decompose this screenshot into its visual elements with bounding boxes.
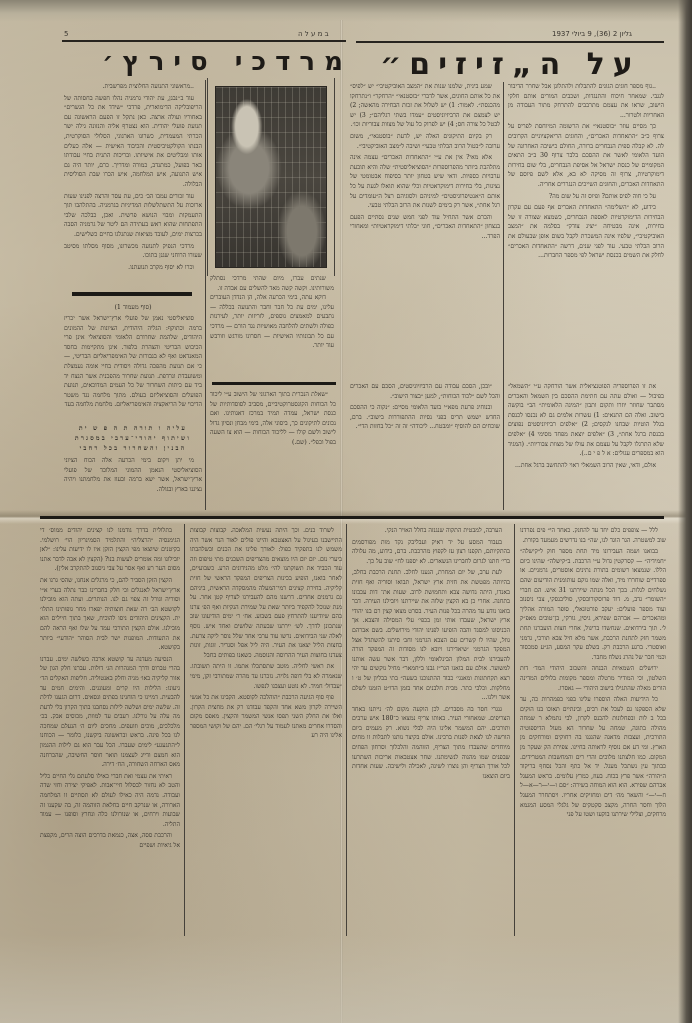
zizim-column-left: שמע בינית, שלמנו שנות את ״המצב האוביקטיב…: [350, 82, 500, 378]
obituary-paragraph: וכרו לא יסוף מקרב תנועתנו.: [64, 263, 202, 273]
torn-top-edge: [0, 0, 692, 22]
story-column-1: ללל — צופפים כלם יחד עד להחנק. כאחד הי״ …: [520, 526, 666, 934]
story-paragraph: הערבה, למבטית התקוה שנגנזה בחלל האויר הנ…: [352, 526, 510, 536]
page-edge-shadow: [678, 0, 692, 1023]
continued-slogans: עליה ו תורה ת ה פ ש ית ושיתוף יהודי־ערבי…: [64, 424, 202, 454]
story-paragraph: פוף סוף הגיעה הרכבת ״הוהלכה לקוסטא. הקבי…: [190, 693, 342, 741]
column-divider: [514, 524, 515, 936]
blank-bottom-margin: [0, 935, 692, 1023]
story-paragraph: בעבור המסע על יד ראיק ועבליבק נקד מות מפ…: [352, 538, 510, 567]
left-running-head: ב מ ע ל ה: [298, 30, 329, 38]
story-paragraph: הקצין הזקן הסביר להם, כי מרגלים אנחנו, ש…: [40, 576, 180, 653]
zizim-paragraph: אלא מאי? אין את ע״י ״התאחדות האכרים״ עצמ…: [350, 153, 500, 211]
story-paragraph: לשרוד כנים. וכך היתה נעשית המלאכה. קבוצו…: [190, 526, 342, 660]
continued-closing-paragraph: מי יתן ויקום בימי הכרעה אלה הכוח הציוני …: [64, 456, 202, 494]
zizim-paragraph: אולם, ודאי, שאין הרוב השמאלי ראוי להתחשב…: [508, 461, 664, 471]
story-paragraph: ללל — צופפים כלם יחד עד להחנק. כאחד הי״ …: [520, 526, 666, 545]
caption-paragraph: שנתים עברו, מיום שהתי מרדכי נסתלק משורות…: [210, 274, 334, 293]
photo-caption: שנתים עברו, מיום שהתי מרדכי נסתלק משורות…: [210, 274, 334, 351]
zizim-paragraph: ״ובכן, הסכם עבודה עם הרביזיוניסטים, הסכם…: [350, 382, 500, 401]
obituary-paragraph: עוד זכורים עמבו הב׳ כים, עת עסר והרצה לפ…: [64, 192, 202, 240]
story-paragraph: בתלולית בדרך גודמנו לנו קצינים יהודים ממ…: [40, 526, 180, 574]
zizim-paragraph: רק בקיום התיקונים האלה יש, לדעת ״בוסטנאי…: [350, 132, 500, 151]
zizim-paragraph: ..גוף מספר חוגים הגונים להתבלות ולהתלונן…: [508, 82, 664, 120]
zizim-column-right-lower: את זו הפרוספריה הפוטנציאלית אשר הורחקה ע…: [508, 382, 664, 508]
zizim-paragraph: ״שאלת הנכרית בתוך הארגוני של הישוב ע״י ל…: [210, 390, 336, 448]
slogan-line: עליה ו תורה ת ה פ ש ית: [64, 424, 202, 434]
story-paragraph: לעת ערב, של יום המחרת, הגענו לחלב. תחנת …: [352, 568, 510, 702]
headline-zizim: על ה„זיזים״: [380, 47, 641, 82]
story-paragraph: גנגרי חסר בה מסברים. לכן הוקעה מקום לה׳ …: [352, 705, 510, 782]
zizim-column-right: ..גוף מספר חוגים הגונים להתבלות ולהתלונן…: [508, 82, 664, 378]
zizim-paragraph: שמע בינית, שלמנו שנות את ״המצב האוביקטיב…: [350, 82, 500, 130]
caption-end-rule: [212, 382, 336, 385]
section-divider-rule: [40, 516, 664, 519]
obituary-paragraph: עוד ב׳׳נבגן, עת יהודי גרמניה נהלו חפשה ב…: [64, 94, 202, 190]
zizim-paragraph: ובנוחיג פרעת מפא״י בועד הלאומי מסיים: ״נ…: [350, 403, 500, 432]
story-column-3: לשרוד כנים. וכך היתה נעשית המלאכה. קבוצו…: [190, 526, 342, 934]
continued-paragraph: סוציאליסטי נאמן של פועלי ארץ־ישראל אשר י…: [64, 314, 202, 410]
header-rule-right: [356, 41, 664, 43]
headline-obituary: מרדכי סירץ׳: [102, 47, 352, 77]
continued-closing: מי יתן ויקום בימי הכרעה אלה הכוח הציוני …: [64, 456, 202, 508]
zizim-column-left-lower: ״ובכן, הסכם עבודה עם הרביזיוניסטים, הסכם…: [350, 382, 500, 508]
continued-column: סוציאליסטי נאמן של פועלי ארץ־ישראל אשר י…: [64, 314, 202, 422]
left-page-number: 5: [64, 30, 68, 38]
column-divider: [205, 80, 206, 510]
caption-continuation-column: ״שאלת הנכרית בתוך הארגוני של הישוב ע״י ל…: [210, 390, 336, 508]
zizim-paragraph: והכרם אשר התחיל עוד לפני חמש שנים נסתיים…: [350, 213, 500, 242]
story-column-4: בתלולית בדרך גודמנו לנו קצינים יהודים ממ…: [40, 526, 180, 934]
slogan-line: הבנין והשחרור בכל רחבי ארץ־ישראל: [64, 444, 202, 454]
zizim-paragraph: כך מסיים עוזר ״בוסטנאי״ את הרשומה המיוחס…: [508, 122, 664, 189]
header-rule-left: [62, 40, 346, 42]
obituary-paragraph: ..מראשוני התנועה החלוצית מפרשבית.: [64, 82, 202, 92]
zizim-paragraph: על כי חוה לפיס אותם? ופיוס זה על שום מה?: [508, 192, 664, 202]
story-paragraph: בבואנו ושמה העבירונו מיד תחת מספר חוק ל״…: [520, 547, 666, 662]
column-divider: [346, 524, 347, 936]
story-paragraph: ירושלים השמאיות הבנחה והשכוב היהודי המד׳…: [520, 664, 666, 693]
story-paragraph: והרכבת ססה, אצה, כנמאת בדרכים הוצה הרים,…: [40, 831, 180, 850]
right-running-head: גליון 2 (36), 9 ביולי 1937: [552, 30, 632, 38]
caption-paragraph: דוקא עתה, בימי הכרעה אלה, הן הנדדן העובר…: [210, 293, 334, 351]
story-paragraph: ראיתי את עצמי ואת חברי כאילו סלעתם גלי ה…: [40, 772, 180, 830]
story-paragraph: הנסיעה מעדנה עד קושטא ארכה כשלשה ימים. ע…: [40, 655, 180, 770]
zizim-paragraph: כידוע, לא ״השלימה״ התאחדות האכרים אף פעם…: [508, 203, 664, 261]
zizim-paragraph: את זו הפרוספריה הפוטנציאלית אשר הורחקה ע…: [508, 382, 664, 459]
slogan-line: ושיתוף יהודי־ערבי במסגרת: [64, 434, 202, 444]
obituary-column: ..מראשוני התנועה החלוצית מפרשבית. עוד ב׳…: [64, 82, 202, 280]
portrait-photo: [215, 86, 327, 268]
column-divider: [184, 524, 185, 936]
story-paragraph: כל הידיעות האלה הוספרו עלינו בפני בפמהרו…: [520, 695, 666, 820]
story-column-2: הערבה, למבטית התקוה שנגנזה בחלל האויר הנ…: [352, 526, 510, 934]
newspaper-page: 5 ב מ ע ל ה גליון 2 (36), 9 ביולי 1937 מ…: [0, 0, 692, 1023]
obituary-paragraph: מרדכי הנפיק לתנועה מכשרונו, מסוף מסלתו מ…: [64, 242, 202, 261]
obituary-end-rule: [72, 292, 192, 296]
story-paragraph: את ראשי לחליה. מוטב שתסתכלו אתמו. זו הית…: [190, 662, 342, 691]
continued-from-page-label: (סוף מעמוד 1): [64, 304, 202, 311]
column-divider: [503, 82, 504, 510]
